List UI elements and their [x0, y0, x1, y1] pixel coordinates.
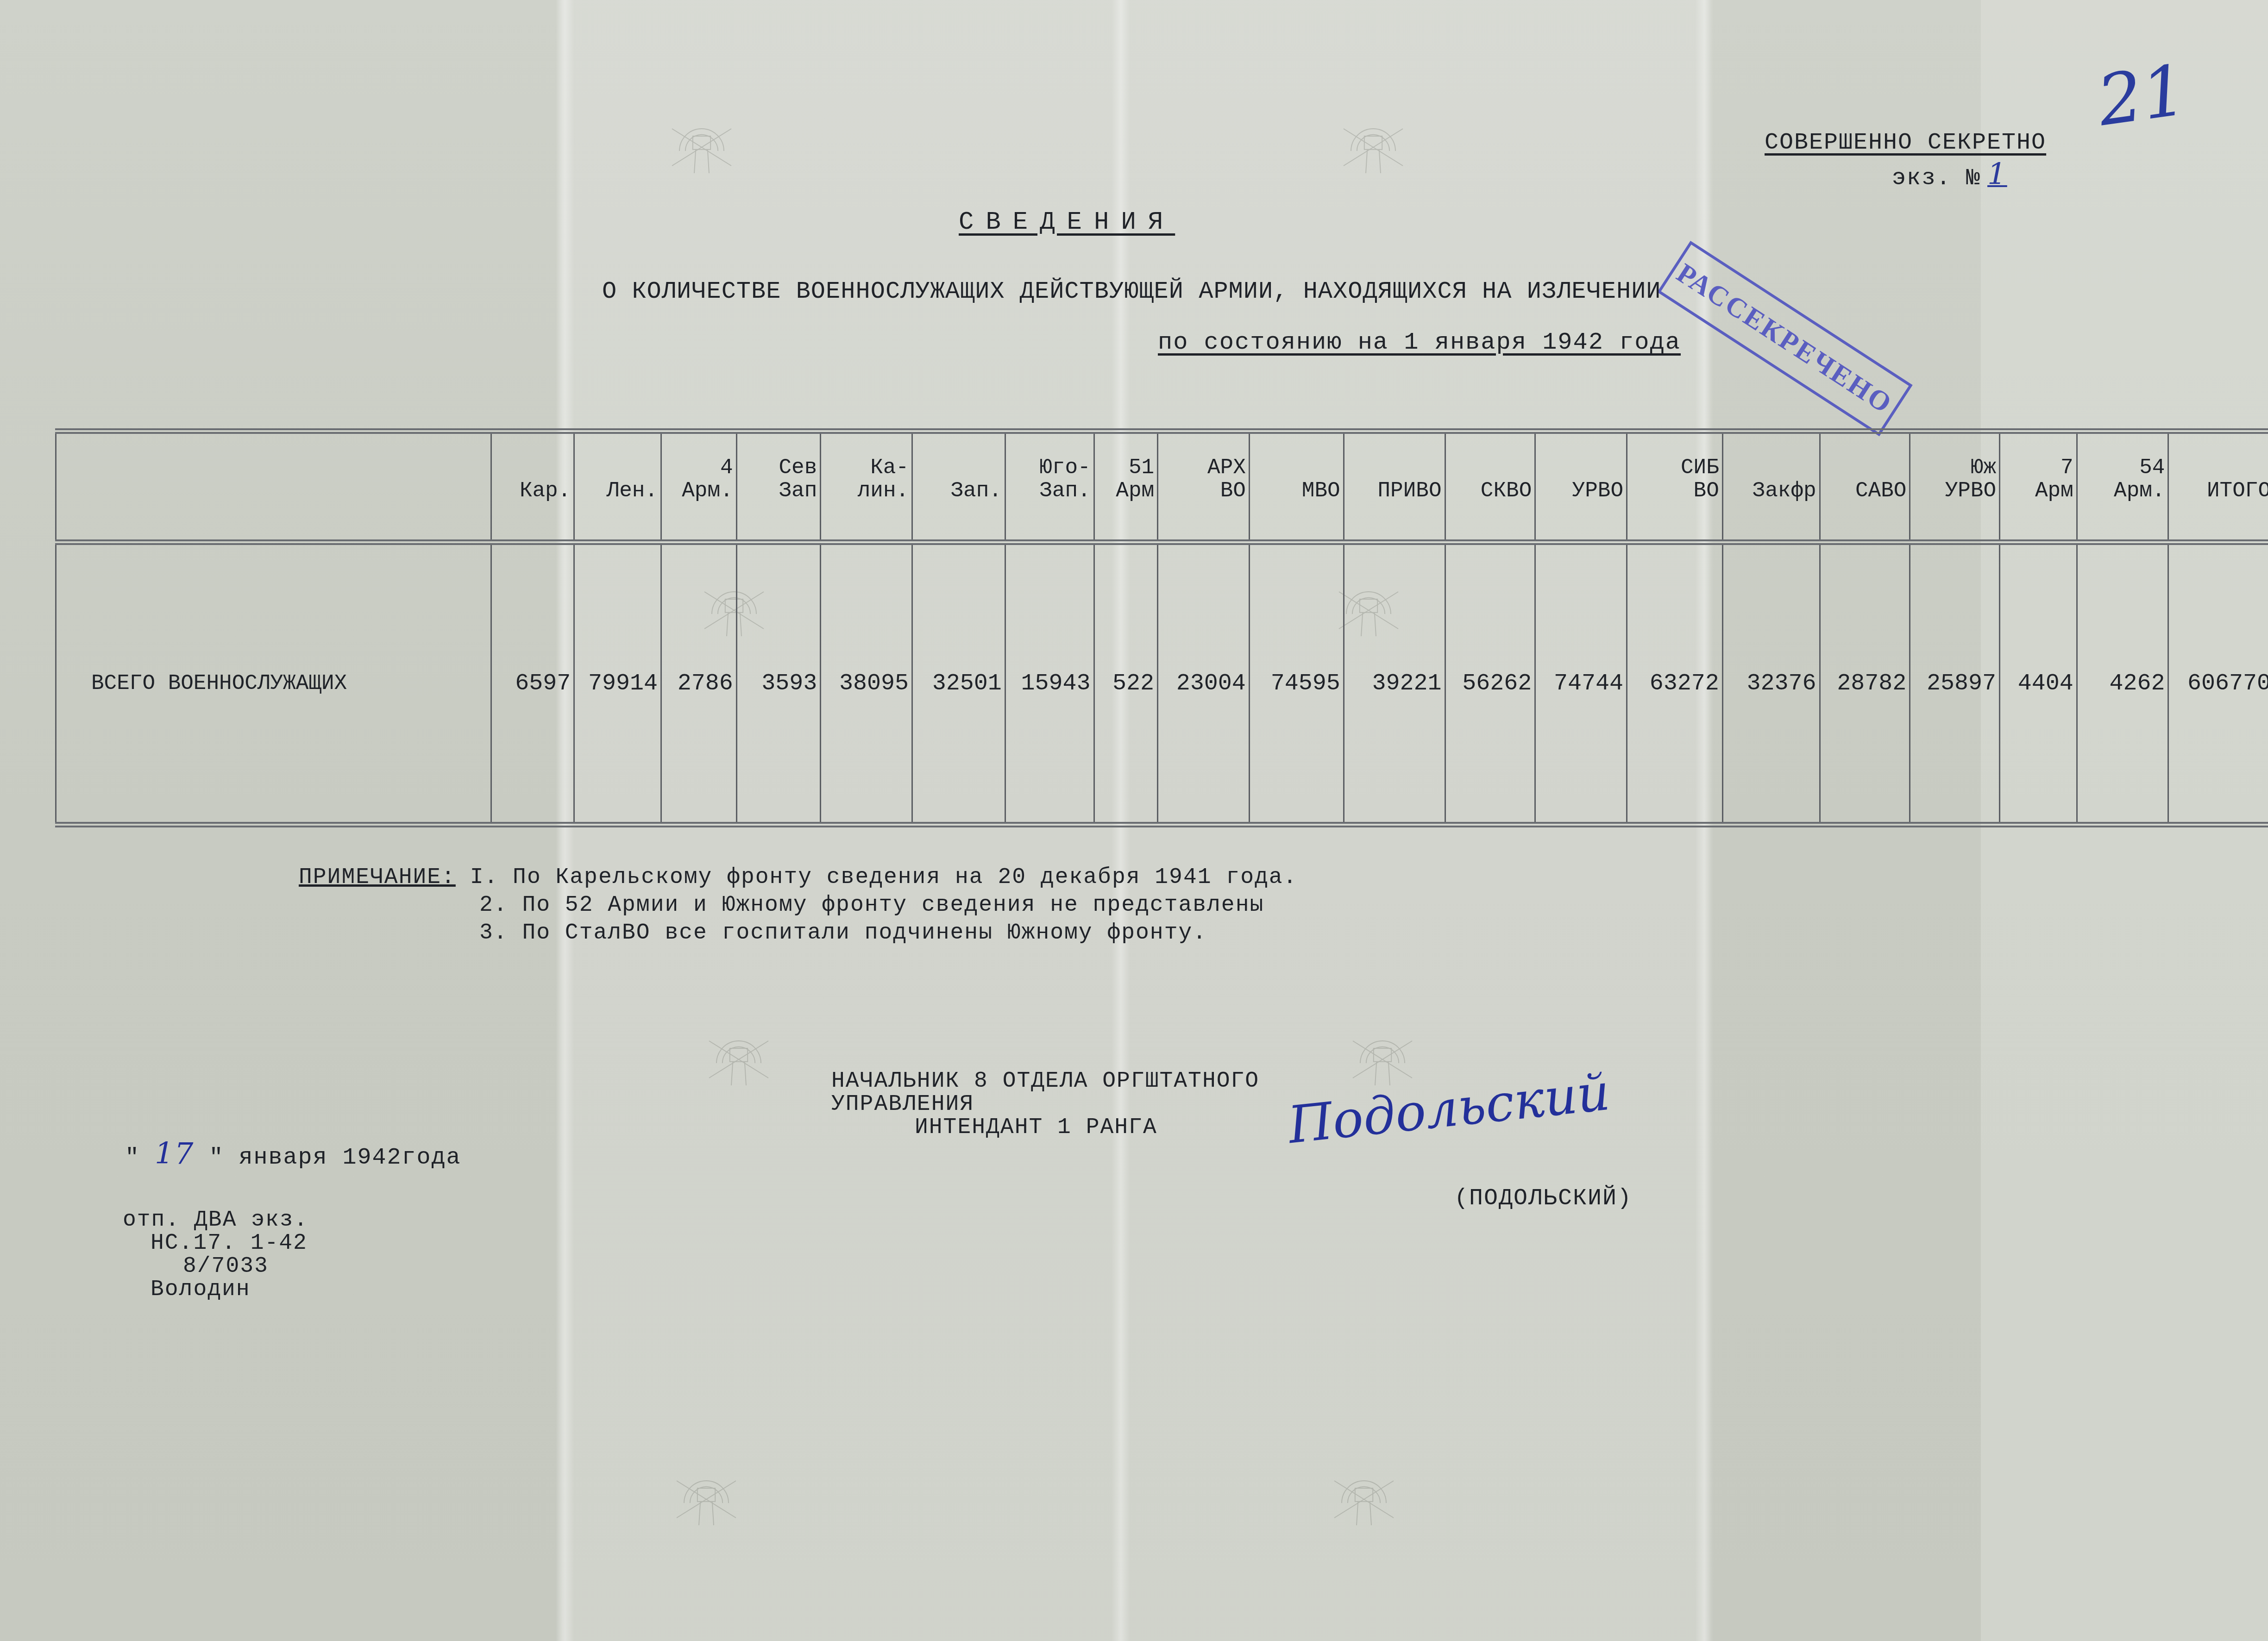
table-cell: 74744: [1535, 542, 1627, 825]
data-table: Кар. Лен. 4Арм. СевЗап Ка-лин. Зап. Юго-…: [55, 428, 2268, 827]
classification-marking: СОВЕРШЕННО СЕКРЕТНО: [1765, 130, 2046, 156]
column-header: 51Арм: [1094, 431, 1158, 542]
column-header: Кар.: [491, 431, 574, 542]
table-header-row: Кар. Лен. 4Арм. СевЗап Ка-лин. Зап. Юго-…: [56, 431, 2268, 542]
watermark-emblem-icon: [1343, 1019, 1422, 1093]
watermark-emblem-icon: [1334, 106, 1413, 181]
table-cell: 38095: [821, 542, 912, 825]
as-of-date: по состоянию на 1 января 1942 года: [1158, 329, 1681, 356]
table-cell: 3593: [736, 542, 821, 825]
table-cell: 79914: [574, 542, 661, 825]
signatory-rank: ИНТЕНДАНТ 1 РАНГА: [831, 1115, 1157, 1140]
watermark-emblem-icon: [667, 1459, 746, 1533]
table-cell: 15943: [1005, 542, 1094, 825]
note-item: I. По Карельскому фронту сведения на 20 …: [470, 865, 1298, 890]
table-cell: 4262: [2077, 542, 2168, 825]
position-line-2: УПРАВЛЕНИЯ: [831, 1092, 974, 1117]
column-header: СИБВО: [1627, 431, 1723, 542]
table-cell: 6597: [491, 542, 574, 825]
table-cell: 56262: [1445, 542, 1535, 825]
position-line-1: НАЧАЛЬНИК 8 ОТДЕЛА ОРГШТАТНОГО: [831, 1069, 1259, 1094]
signatory-position: НАЧАЛЬНИК 8 ОТДЕЛА ОРГШТАТНОГО УПРАВЛЕНИ…: [831, 1070, 1259, 1139]
table-row: ВСЕГО ВОЕННОСЛУЖАЩИХ 6597 79914 2786 359…: [56, 542, 2268, 825]
table-cell: 23004: [1158, 542, 1250, 825]
watermark-emblem-icon: [699, 1019, 778, 1093]
date-day-handwritten: 17: [155, 1137, 194, 1171]
total-column-header: ИТОГО: [2168, 431, 2268, 542]
column-header: САВО: [1820, 431, 1910, 542]
note-item: 2. По 52 Армии и Южному фронту сведения …: [299, 893, 1264, 918]
column-header: ПРИВО: [1344, 431, 1445, 542]
copy-label: экз. №: [1892, 165, 1981, 192]
signatory-name: (ПОДОЛЬСКИЙ): [1454, 1185, 1632, 1212]
column-header: Юго-Зап.: [1005, 431, 1094, 542]
column-header: ЮжУРВО: [1910, 431, 2000, 542]
notes-label: ПРИМЕЧАНИЕ:: [299, 865, 456, 890]
note-item: 3. По СталВО все госпитали подчинены Южн…: [299, 921, 1207, 946]
table-cell: 32501: [912, 542, 1005, 825]
column-header: Зап.: [912, 431, 1005, 542]
watermark-emblem-icon: [662, 106, 741, 181]
total-cell: 606770: [2168, 542, 2268, 825]
typist-name: Володин: [123, 1277, 251, 1302]
notes-block: ПРИМЕЧАНИЕ: I. По Карельскому фронту све…: [299, 864, 1297, 947]
column-header: Ка-лин.: [821, 431, 912, 542]
watermark-emblem-icon: [1325, 1459, 1403, 1533]
document-subtitle: О КОЛИЧЕСТВЕ ВОЕННОСЛУЖАЩИХ ДЕЙСТВУЮЩЕЙ …: [602, 278, 1661, 305]
column-header: УРВО: [1535, 431, 1627, 542]
document-title: СВЕДЕНИЯ: [959, 208, 1175, 237]
column-header: Лен.: [574, 431, 661, 542]
table-cell: 25897: [1910, 542, 2000, 825]
table-cell: 28782: [1820, 542, 1910, 825]
copy-number-line: экз. №1: [1892, 157, 2007, 192]
archive-sheet-number: 21: [2093, 50, 2192, 142]
table-cell: 522: [1094, 542, 1158, 825]
column-header: Закфр: [1722, 431, 1820, 542]
column-header: 4Арм.: [661, 431, 737, 542]
copies-note: отп. ДВА экз. НС.17. 1-42 8/7033 Володин: [123, 1209, 308, 1301]
table-cell: 63272: [1627, 542, 1723, 825]
column-header: СКВО: [1445, 431, 1535, 542]
column-header: МВО: [1249, 431, 1344, 542]
table-cell: 39221: [1344, 542, 1445, 825]
row-label-header: [56, 431, 491, 542]
table-cell: 74595: [1249, 542, 1344, 825]
copy-number: 1: [1987, 157, 2007, 192]
document-date: " 17 " января 1942года: [125, 1137, 461, 1171]
column-header: АРХВО: [1158, 431, 1250, 542]
table-cell: 2786: [661, 542, 737, 825]
column-header: СевЗап: [736, 431, 821, 542]
table-cell: 32376: [1722, 542, 1820, 825]
table-cell: 4404: [2000, 542, 2077, 825]
row-label: ВСЕГО ВОЕННОСЛУЖАЩИХ: [56, 542, 491, 825]
column-header: 7Арм: [2000, 431, 2077, 542]
column-header: 54Арм.: [2077, 431, 2168, 542]
